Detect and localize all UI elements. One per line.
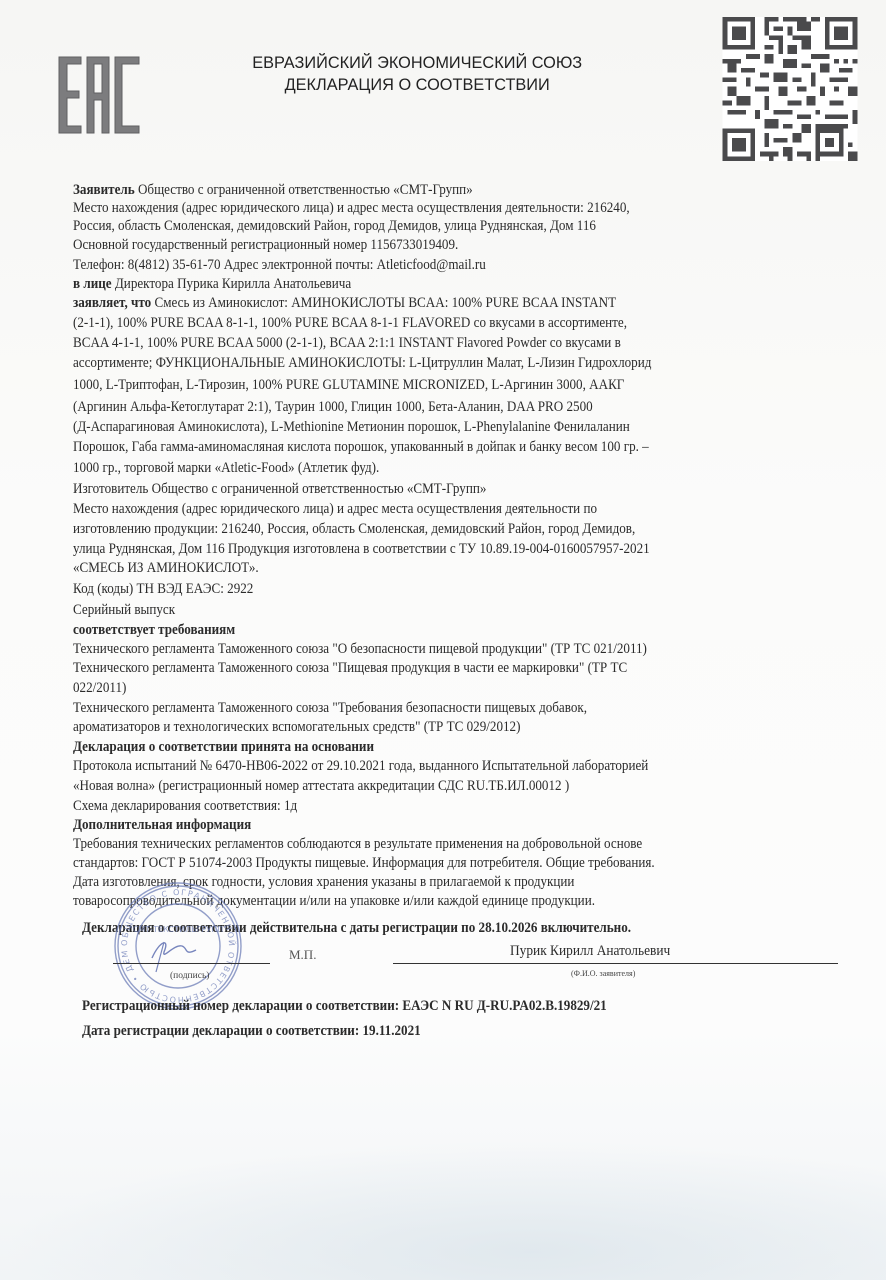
signer-caption: (Ф.И.О. заявителя) [571, 965, 635, 983]
signature-caption: (подпись) [170, 967, 209, 985]
declaration-title: ДЕКЛАРАЦИЯ О СООТВЕТСТВИИ [230, 74, 604, 96]
declares-line-6: (Д-Аспарагиновая Аминокислота), L-Methio… [73, 418, 630, 436]
declares-line-4: 1000, L-Триптофан, L-Тирозин, 100% PURE … [73, 376, 624, 394]
eac-logo-icon [57, 55, 141, 135]
applicant-line: Заявитель Общество с ограниченной ответс… [73, 181, 473, 199]
manufacturer-line-4: «СМЕСЬ ИЗ АМИНОКИСЛОТ». [73, 559, 259, 577]
manufacturer-line-2: изготовлению продукции: 216240, Россия, … [73, 520, 635, 538]
applicant-contacts: Телефон: 8(4812) 35-61-70 Адрес электрон… [73, 256, 486, 274]
union-name: ЕВРАЗИЙСКИЙ ЭКОНОМИЧЕСКИЙ СОЮЗ [230, 52, 604, 74]
representative-name: Директора Пурика Кирилла Анатольевича [112, 276, 352, 292]
registration-number: ЕАЭС N RU Д-RU.PA02.B.19829/21 [402, 998, 606, 1014]
page-shadow [0, 1140, 886, 1280]
qr-code-icon[interactable] [722, 17, 858, 161]
signature-line [113, 963, 270, 964]
svg-text:"СМТ-ТЕКСТИЛЬГРУПП": "СМТ-ТЕКСТИЛЬГРУПП" [129, 925, 227, 934]
basis-line-1: «Новая волна» (регистрационный номер атт… [73, 777, 569, 795]
production-type: Серийный выпуск [73, 601, 175, 619]
basis-line-2: Схема декларирования соответствия: 1д [73, 797, 297, 815]
compliance-heading: соответствует требованиям [73, 621, 235, 639]
compliance-line-2: 022/2011) [73, 679, 126, 697]
company-stamp-icon: ОБЩЕСТВО С ОГРАНИЧЕННОЙ ОТВЕТСТВЕННОСТЬЮ… [112, 880, 244, 1012]
declares-label: заявляет, что [73, 295, 151, 311]
registration-number-line: Регистрационный номер декларации о соотв… [82, 997, 607, 1015]
manufacturer-line-1: Место нахождения (адрес юридического лиц… [73, 500, 597, 518]
manufacturer-line-0: Изготовитель Общество с ограниченной отв… [73, 480, 486, 498]
compliance-line-4: ароматизаторов и технологических вспомог… [73, 718, 520, 736]
additional-line-0: Требования технических регламентов соблю… [73, 835, 642, 853]
declares-text: Смесь из Аминокислот: АМИНОКИСЛОТЫ BCAA:… [151, 295, 616, 311]
applicant-address-2: Россия, область Смоленская, демидовский … [73, 217, 596, 235]
applicant-name: Общество с ограниченной ответственностью… [135, 182, 473, 198]
declares-line-5: (Аргинин Альфа-Кетоглутарат 2:1), Таурин… [73, 398, 593, 416]
compliance-line-3: Технического регламента Таможенного союз… [73, 699, 587, 717]
signer-name-line [393, 963, 838, 964]
hs-code: Код (коды) ТН ВЭД ЕАЭС: 2922 [73, 580, 253, 598]
signer-name: Пурик Кирилл Анатольевич [510, 942, 670, 960]
document-title: ЕВРАЗИЙСКИЙ ЭКОНОМИЧЕСКИЙ СОЮЗ ДЕКЛАРАЦИ… [230, 52, 604, 96]
compliance-line-0: Технического регламента Таможенного союз… [73, 640, 647, 658]
applicant-address-1: Место нахождения (адрес юридического лиц… [73, 199, 630, 217]
declares-line-2: BCAA 4-1-1, 100% PURE BCAA 5000 (2-1-1),… [73, 334, 621, 352]
additional-line-1: стандартов: ГОСТ Р 51074-2003 Продукты п… [73, 854, 655, 872]
declares-line-1: (2-1-1), 100% PURE BCAA 8-1-1, 100% PURE… [73, 314, 627, 332]
additional-heading: Дополнительная информация [73, 816, 251, 834]
registration-number-label: Регистрационный номер декларации о соотв… [82, 998, 402, 1014]
declares-line-8: 1000 гр., торговой марки «Atletic-Food» … [73, 459, 379, 477]
basis-line-0: Протокола испытаний № 6470-НВ06-2022 от … [73, 757, 648, 775]
representative-label: в лице [73, 276, 112, 292]
registration-date: 19.11.2021 [362, 1023, 420, 1039]
applicant-representative: в лице Директора Пурика Кирилла Анатолье… [73, 275, 351, 293]
applicant-label: Заявитель [73, 182, 135, 198]
seal-label: М.П. [289, 946, 316, 964]
declares-line-7: Порошок, Габа гамма-аминомасляная кислот… [73, 438, 649, 456]
declares-line-0: заявляет, что Смесь из Аминокислот: АМИН… [73, 294, 616, 312]
registration-date-label: Дата регистрации декларации о соответств… [82, 1023, 362, 1039]
manufacturer-line-3: улица Руднянская, Дом 116 Продукция изго… [73, 540, 650, 558]
registration-date-line: Дата регистрации декларации о соответств… [82, 1022, 421, 1040]
basis-heading: Декларация о соответствии принята на осн… [73, 738, 374, 756]
applicant-ogrn: Основной государственный регистрационный… [73, 236, 458, 254]
declares-line-3: ассортименте; ФУНКЦИОНАЛЬНЫЕ АМИНОКИСЛОТ… [73, 354, 651, 372]
compliance-line-1: Технического регламента Таможенного союз… [73, 659, 627, 677]
